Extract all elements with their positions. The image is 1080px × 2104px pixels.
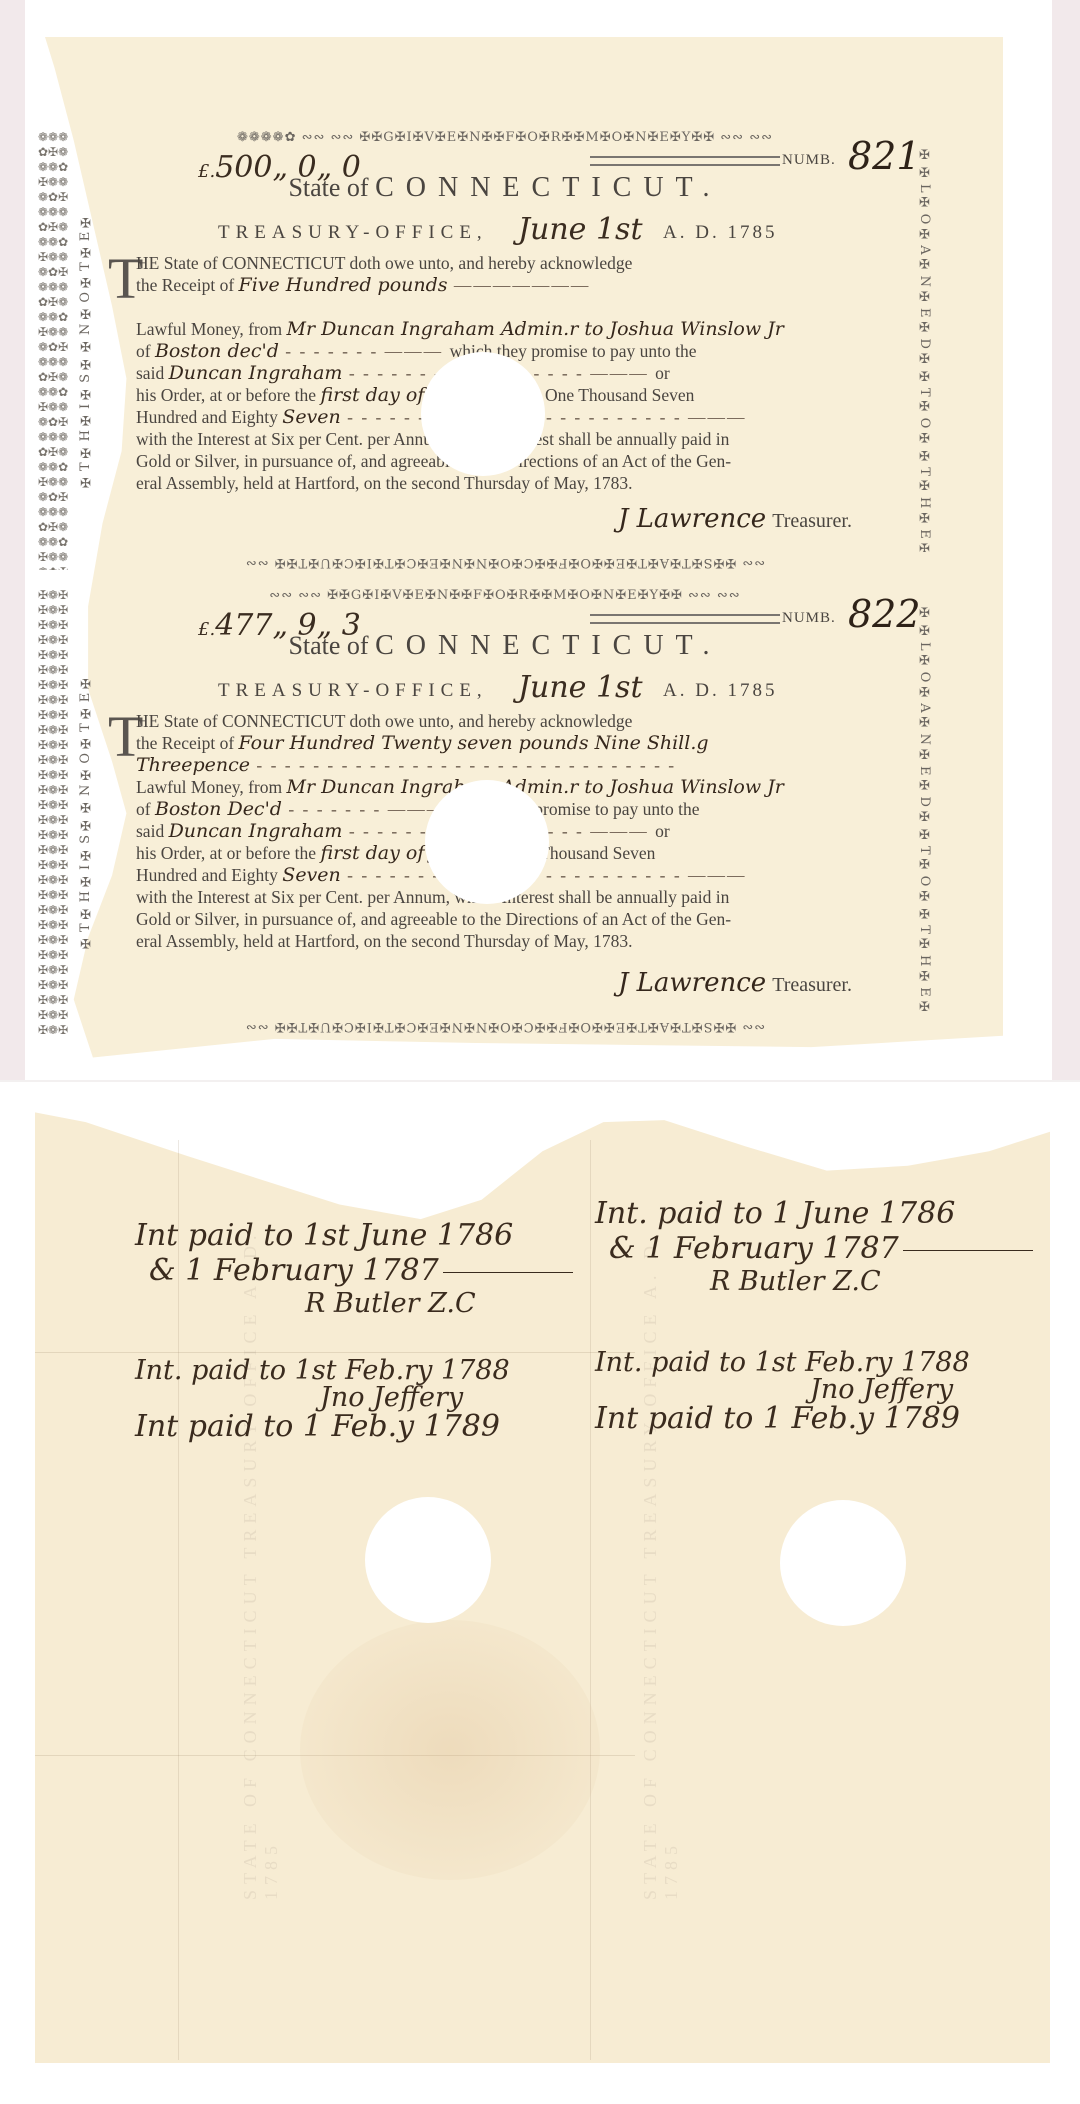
treasurer-signature: J LawrenceTreasurer. bbox=[618, 968, 852, 998]
certificate-821: ❁❁❁✿✠❁❁❁✿✠❁❁❁✿✠❁❁❁✿✠❁❁❁✿✠❁❁❁✿✠❁❁❁✿✠❁❁❁✿✠… bbox=[78, 130, 932, 570]
endorsement-line: Int. paid to 1 June 1786 bbox=[595, 1196, 1045, 1231]
endorsement-right: Int. paid to 1 June 1786 & 1 February 17… bbox=[595, 1196, 1045, 1436]
signature-title: Treasurer. bbox=[772, 510, 852, 532]
left-margin bbox=[0, 0, 25, 1080]
punch-hole-cancel bbox=[425, 780, 549, 904]
body-line: Threepence - - - - - - - - - - - - - - -… bbox=[136, 754, 890, 776]
border-bottom-state-of-connecticut: ∾∾ ✠✠S✠T✠A✠T✠E✠✠O✠F✠✠C✠O✠N✠N✠E✠C✠T✠I✠C✠U… bbox=[78, 552, 932, 570]
body-line: eral Assembly, held at Hartford, on the … bbox=[136, 930, 890, 952]
endorsement-left: Int paid to 1st June 1786 & 1 February 1… bbox=[135, 1218, 575, 1444]
border-left-this-note: ✠T✠H✠I✠S✠✠N✠O✠T✠E✠ bbox=[78, 148, 104, 552]
endorsement-line: Int paid to 1 Feb.y 1789 bbox=[135, 1409, 575, 1444]
state-prefix: State of bbox=[288, 631, 368, 660]
state-heading: State of CONNECTICUT. bbox=[78, 172, 932, 204]
signature: J Lawrence bbox=[618, 504, 766, 534]
number-label: NUMB. bbox=[782, 610, 836, 627]
fold-line bbox=[590, 1140, 591, 2060]
border-top-given-for-money: ∾∾ ∾∾ ✠✠G✠I✠V✠E✠N✠✠F✠O✠R✠✠M✠O✠N✠E✠Y✠✠ ∾∾… bbox=[78, 588, 932, 606]
number-rule bbox=[590, 156, 780, 166]
border-right-loaned-to-the: ✠✠L✠O✠A✠N✠E✠D✠✠T✠O✠✠T✠H✠E✠✠ bbox=[910, 148, 932, 552]
body-line: the Receipt of Four Hundred Twenty seven… bbox=[136, 732, 890, 754]
punch-hole-cancel bbox=[365, 1497, 491, 1623]
treasury-office: TREASURY-OFFICE, bbox=[218, 680, 488, 702]
number-rule bbox=[590, 614, 780, 624]
number-label: NUMB. bbox=[782, 152, 836, 169]
body-line bbox=[136, 296, 890, 318]
body-line: the Receipt of Five Hundred pounds —————… bbox=[136, 274, 890, 296]
rosette-strip: ❁❁❁✿✠❁❁❁✿✠❁❁❁✿✠❁❁❁✿✠❁❁❁✿✠❁❁❁✿✠❁❁❁✿✠❁❁❁✿✠… bbox=[38, 130, 76, 570]
treasurer-signature: J LawrenceTreasurer. bbox=[618, 504, 852, 534]
endorsement-signer: R Butler Z.C bbox=[305, 1288, 575, 1319]
panel-divider bbox=[0, 1080, 1080, 1082]
state-name: CONNECTICUT. bbox=[375, 630, 721, 661]
state-prefix: State of bbox=[288, 173, 368, 202]
punch-hole-cancel bbox=[780, 1500, 906, 1626]
endorsement-line: Int paid to 1st June 1786 bbox=[135, 1218, 575, 1253]
endorsement-line: Int paid to 1 Feb.y 1789 bbox=[595, 1401, 1045, 1436]
issue-year: A. D. 1785 bbox=[663, 680, 777, 702]
signature: J Lawrence bbox=[618, 968, 766, 998]
treasury-office: TREASURY-OFFICE, bbox=[218, 222, 488, 244]
rosette-strip: ✠❁✠✠❁✠✠❁✠✠❁✠✠❁✠✠❁✠✠❁✠✠❁✠✠❁✠✠❁✠✠❁✠✠❁✠✠❁✠✠… bbox=[38, 588, 76, 1034]
issue-date: June 1st bbox=[518, 670, 643, 705]
body-line: HE State of CONNECTICUT doth owe unto, a… bbox=[136, 710, 890, 732]
border-top-given-for-money: ❁❁❁❁✿ ∾∾ ∾∾ ✠✠G✠I✠V✠E✠N✠✠F✠O✠R✠✠M✠O✠N✠E✠… bbox=[78, 130, 932, 148]
right-margin bbox=[1052, 0, 1080, 1080]
border-left-this-note: ✠T✠H✠I✠S✠✠N✠O✠T✠E✠ bbox=[78, 606, 104, 1016]
punch-hole-cancel bbox=[421, 352, 545, 476]
signature-title: Treasurer. bbox=[772, 974, 852, 996]
body-line: Gold or Silver, in pursuance of, and agr… bbox=[136, 908, 890, 930]
endorsement-signer: R Butler Z.C bbox=[710, 1266, 1045, 1297]
body-line: Lawful Money, from Mr Duncan Ingraham Ad… bbox=[136, 318, 890, 340]
state-heading: State of CONNECTICUT. bbox=[78, 630, 932, 662]
endorsement-line: & 1 February 1787 bbox=[609, 1231, 1045, 1266]
border-right-loaned-to-the: ✠✠L✠O✠A✠N✠E✠D✠✠T✠O✠✠T✠H✠E✠✠ bbox=[910, 606, 932, 1016]
body-line: eral Assembly, held at Hartford, on the … bbox=[136, 472, 890, 494]
border-bottom-state-of-connecticut: ∾∾ ✠✠S✠T✠A✠T✠E✠✠O✠F✠✠C✠O✠N✠N✠E✠C✠T✠I✠C✠U… bbox=[78, 1016, 932, 1034]
body-line: of Boston dec'd - - - - - - - ——— which … bbox=[136, 340, 890, 362]
issue-date: June 1st bbox=[518, 212, 643, 247]
endorsement-line: & 1 February 1787 bbox=[149, 1253, 575, 1288]
body-line: HE State of CONNECTICUT doth owe unto, a… bbox=[136, 252, 890, 274]
foxing-stain bbox=[300, 1620, 600, 1880]
issue-year: A. D. 1785 bbox=[663, 222, 777, 244]
state-name: CONNECTICUT. bbox=[375, 172, 721, 203]
